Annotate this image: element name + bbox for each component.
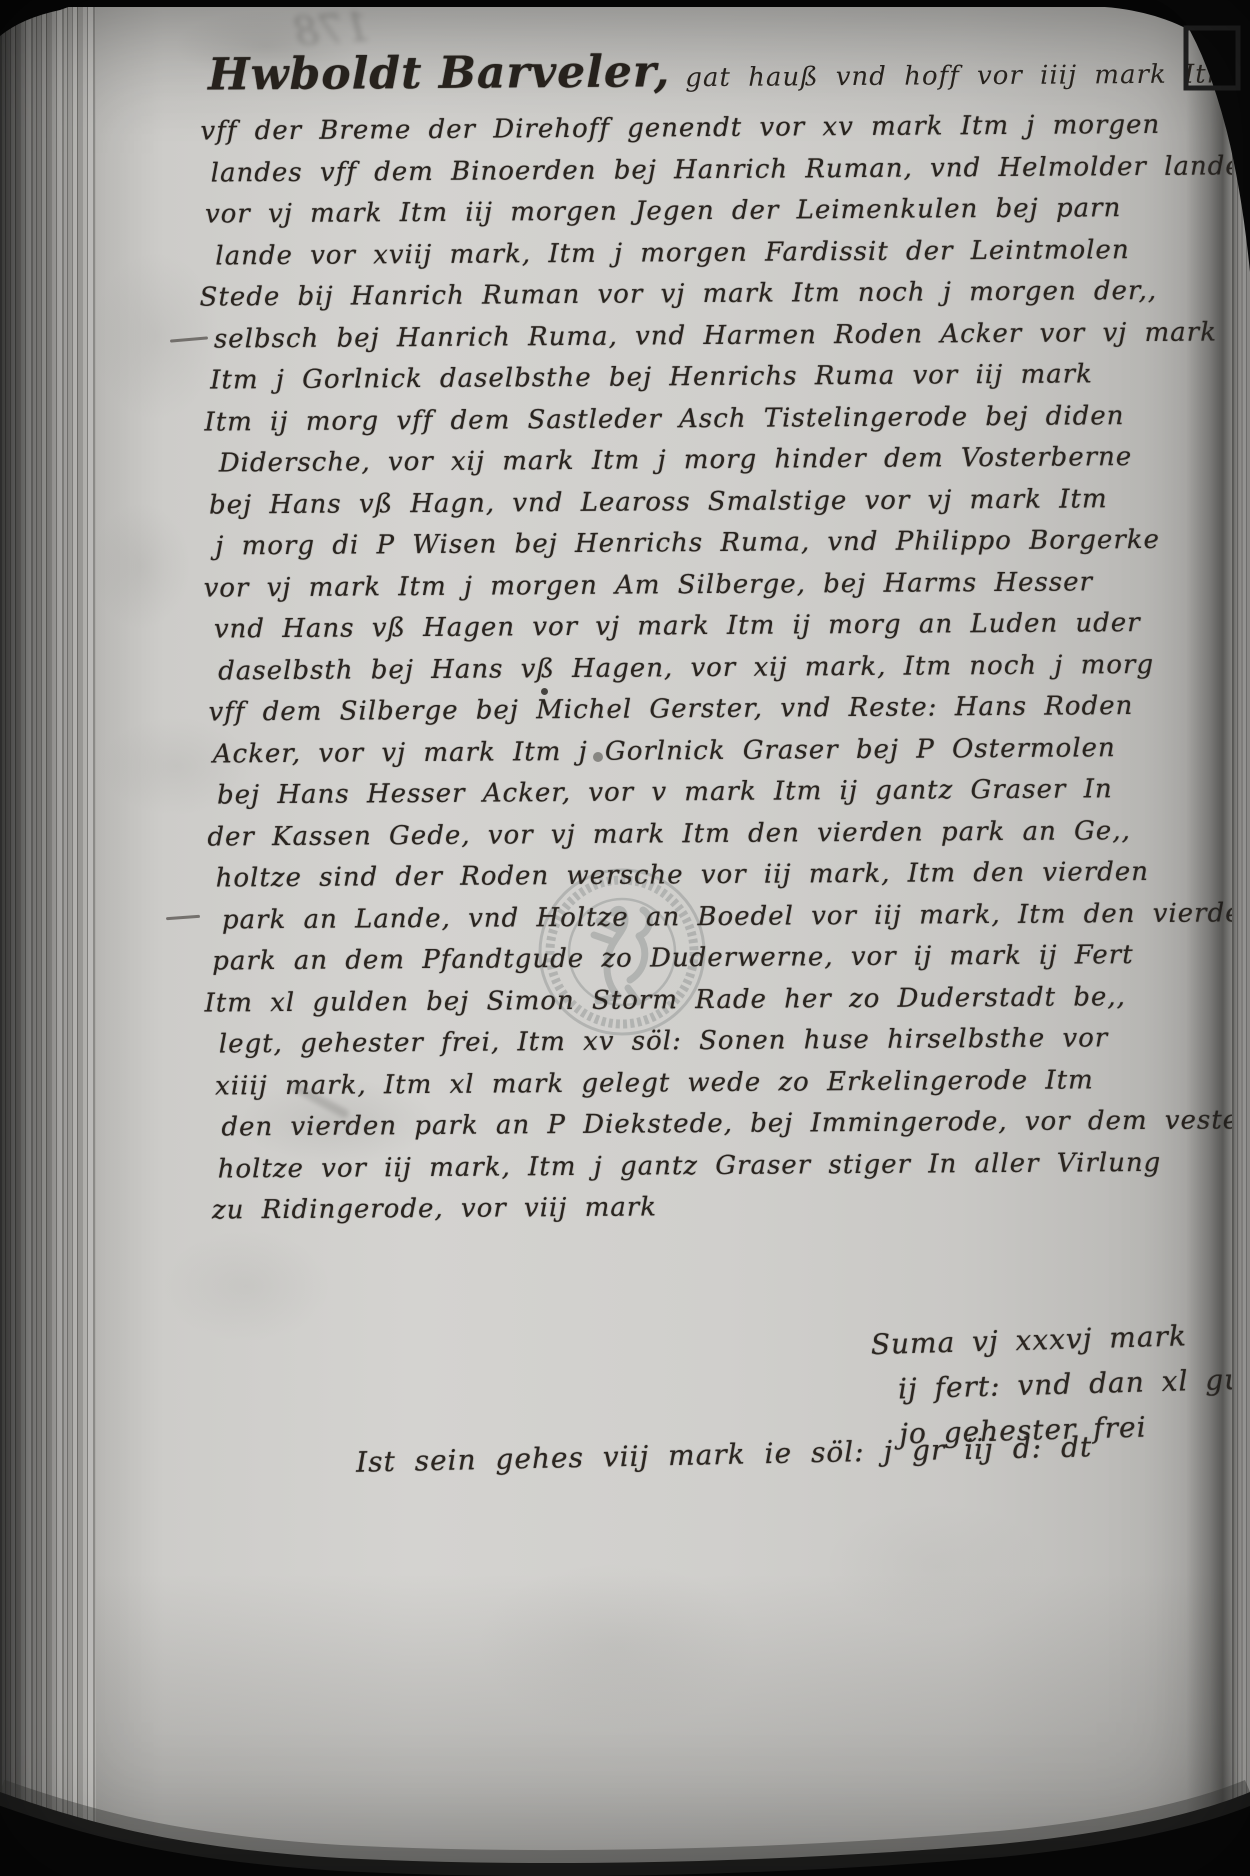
manuscript-line: Itm xl gulden bej Simon Storm Rade her z… [204,976,1214,1025]
manuscript-line: selbsch bej Hanrich Ruma, vnd Harmen Rod… [214,312,1210,360]
manuscript-line: j morg di P Wisen bej Henrichs Ruma, vnd… [215,520,1211,568]
manuscript-line: xiiij mark, Itm xl mark gelegt wede zo E… [215,1059,1215,1107]
manuscript-line: vnd Hans vß Hagen vor vj mark Itm ij mor… [214,603,1212,651]
manuscript-line: landes vff dem Binoerden bej Hanrich Rum… [211,146,1209,194]
manuscript-line: Itm ij morg vff dem Sastleder Asch Tiste… [204,395,1210,444]
manuscript-line: daselbsth bej Hans vß Hagen, vor xij mar… [218,644,1212,692]
manuscript-line: lande vor xviij mark, Itm j morgen Fardi… [215,229,1209,277]
manuscript-line: vff der Breme der Direhoff genendt vor x… [200,105,1208,154]
manuscript-line: holtze sind der Roden wersche vor iij ma… [216,852,1214,900]
entry-heading-continuation: gat hauß vnd hoff vor iiij mark Itm j da… [685,59,1250,93]
entry-heading-name: Hwboldt Barveler, [208,46,670,100]
manuscript-line: Acker, vor vj mark Itm j Gorlnick Graser… [213,727,1213,775]
manuscript-line: vff dem Silberge bej Michel Gerster, vnd… [208,686,1212,735]
manuscript-line: den vierden park an P Diekstede, bej Imm… [221,1100,1215,1148]
manuscript-line: Stede bij Hanrich Ruman vor vj mark Itm … [199,271,1209,320]
manuscript-line: holtze vor iij mark, Itm j gantz Graser … [218,1142,1216,1190]
manuscript-line: der Kassen Gede, vor vj mark Itm den vie… [207,810,1213,859]
book-scan-photo: 178 Hwboldt Barveler, gat hauß vnd hoff … [0,0,1250,1876]
manuscript-line: bej Hans vß Hagn, vnd Leaross Smalstige … [209,478,1211,526]
ink-dot [593,752,603,762]
manuscript-line: bej Hans Hesser Acker, vor v mark Itm ij… [217,769,1213,817]
manuscript-line: park an dem Pfandtgude zo Duderwerne, vo… [212,935,1214,983]
manuscript-line: legt, gehester frei, Itm xv söl: Sonen h… [219,1018,1215,1066]
manuscript-text-block: Hwboldt Barveler, gat hauß vnd hoff vor … [208,43,1216,1232]
entry-heading: Hwboldt Barveler, gat hauß vnd hoff vor … [208,43,1208,112]
manuscript-line: vor vj mark Itm j morgen Am Silberge, be… [204,561,1212,610]
facing-page-edge [1232,0,1250,1876]
manuscript-line: Didersche, vor xij mark Itm j morg hinde… [219,437,1211,485]
ink-dot [541,688,548,695]
manuscript-line: Itm j Gorlnick daselbsthe bej Henrichs R… [210,354,1210,402]
manuscript-line: park an Lande, vnd Holtze an Boedel vor … [222,893,1214,941]
book-fore-edge-pages [0,0,104,1876]
manuscript-line: zu Ridingerode, vor viij mark [212,1183,1216,1232]
manuscript-line: vor vj mark Itm iij morgen Jegen der Lei… [205,188,1209,237]
